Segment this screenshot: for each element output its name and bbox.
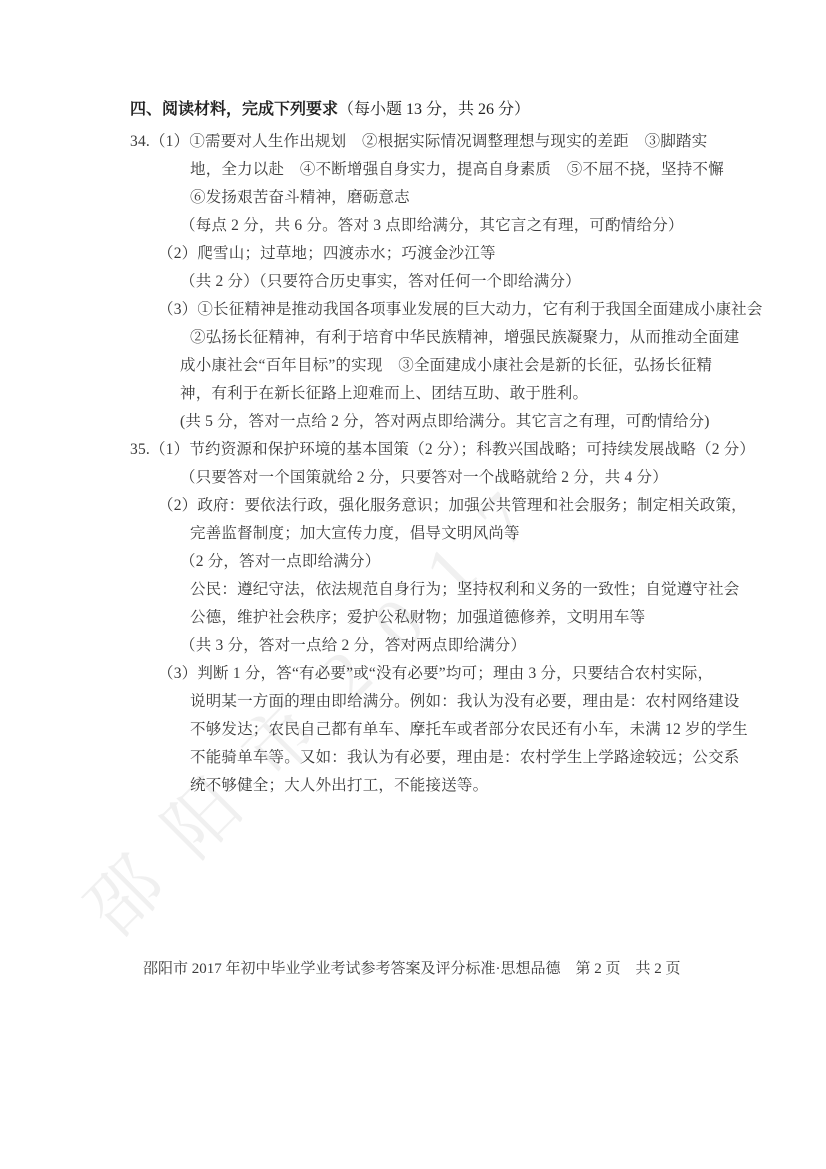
answer-line: （共 3 分，答对一点给 2 分，答对两点即给满分） bbox=[180, 632, 766, 660]
answer-line: 公德，维护社会秩序；爱护公私财物；加强道德修养，文明用车等 bbox=[190, 604, 766, 632]
answer-line: （2 分，答对一点即给满分） bbox=[180, 548, 766, 576]
answer-line: 统不够健全；大人外出打工，不能接送等。 bbox=[190, 772, 766, 800]
answer-line: 不能骑单车等。又如：我认为有必要，理由是：农村学生上学路途较远；公交系 bbox=[190, 744, 766, 772]
answer-line: （3）判断 1 分，答“有必要”或“没有必要”均可；理由 3 分，只要结合农村实… bbox=[158, 660, 766, 688]
section-heading-score: （每小题 13 分，共 26 分） bbox=[338, 101, 530, 118]
answer-line: 成小康社会“百年目标”的实现 ③全面建成小康社会是新的长征，弘扬长征精 bbox=[180, 352, 766, 380]
answer-line: 不够发达；农民自己都有单车、摩托车或者部分农民还有小车，未满 12 岁的学生 bbox=[190, 716, 766, 744]
answer-line: （只要答对一个国策就给 2 分，只要答对一个战略就给 2 分，共 4 分） bbox=[180, 464, 766, 492]
scanned-answer-sheet-page: 邵阳市2017 四、阅读材料，完成下列要求（每小题 13 分，共 26 分） 3… bbox=[0, 0, 826, 1169]
answer-line: ②弘扬长征精神，有利于培育中华民族精神，增强民族凝聚力，从而推动全面建 bbox=[190, 324, 766, 352]
answer-line: 公民：遵纪守法，依法规范自身行为；坚持权利和义务的一致性；自觉遵守社会 bbox=[190, 576, 766, 604]
answer-line: 34.（1）①需要对人生作出规划 ②根据实际情况调整理想与现实的差距 ③脚踏实 bbox=[130, 128, 766, 156]
page-footer: 邵阳市 2017 年初中毕业学业考试参考答案及评分标准·思想品德 第 2 页 共… bbox=[143, 958, 681, 980]
answer-line: （共 2 分）（只要符合历史事实，答对任何一个即给满分） bbox=[180, 268, 766, 296]
answer-line: （3）①长征精神是推动我国各项事业发展的巨大动力，它有利于我国全面建成小康社会 bbox=[158, 296, 766, 324]
section-heading: 四、阅读材料，完成下列要求（每小题 13 分，共 26 分） bbox=[130, 96, 766, 124]
answer-line: 地，全力以赴 ④不断增强自身实力，提高自身素质 ⑤不屈不挠，坚持不懈 bbox=[190, 156, 766, 184]
answer-content: 四、阅读材料，完成下列要求（每小题 13 分，共 26 分） 34.（1）①需要… bbox=[130, 96, 766, 800]
answer-line: 神，有利于在新长征路上迎难而上、团结互助、敢于胜利。 bbox=[180, 380, 766, 408]
answer-line: （每点 2 分，共 6 分。答对 3 点即给满分，其它言之有理，可酌情给分） bbox=[180, 212, 766, 240]
answer-line: 完善监督制度；加大宣传力度，倡导文明风尚等 bbox=[190, 520, 766, 548]
answer-line: （2）政府：要依法行政，强化服务意识；加强公共管理和社会服务；制定相关政策， bbox=[158, 492, 766, 520]
section-heading-title: 四、阅读材料，完成下列要求 bbox=[130, 101, 338, 118]
answer-line: 35.（1）节约资源和保护环境的基本国策（2 分）；科教兴国战略；可持续发展战略… bbox=[130, 436, 766, 464]
answer-line: (共 5 分，答对一点给 2 分，答对两点即给满分。其它言之有理，可酌情给分) bbox=[180, 408, 766, 436]
answer-line: ⑥发扬艰苦奋斗精神，磨砺意志 bbox=[190, 184, 766, 212]
answer-line: 说明某一方面的理由即给满分。例如：我认为没有必要，理由是：农村网络建设 bbox=[190, 688, 766, 716]
answer-line: （2）爬雪山；过草地；四渡赤水；巧渡金沙江等 bbox=[158, 240, 766, 268]
